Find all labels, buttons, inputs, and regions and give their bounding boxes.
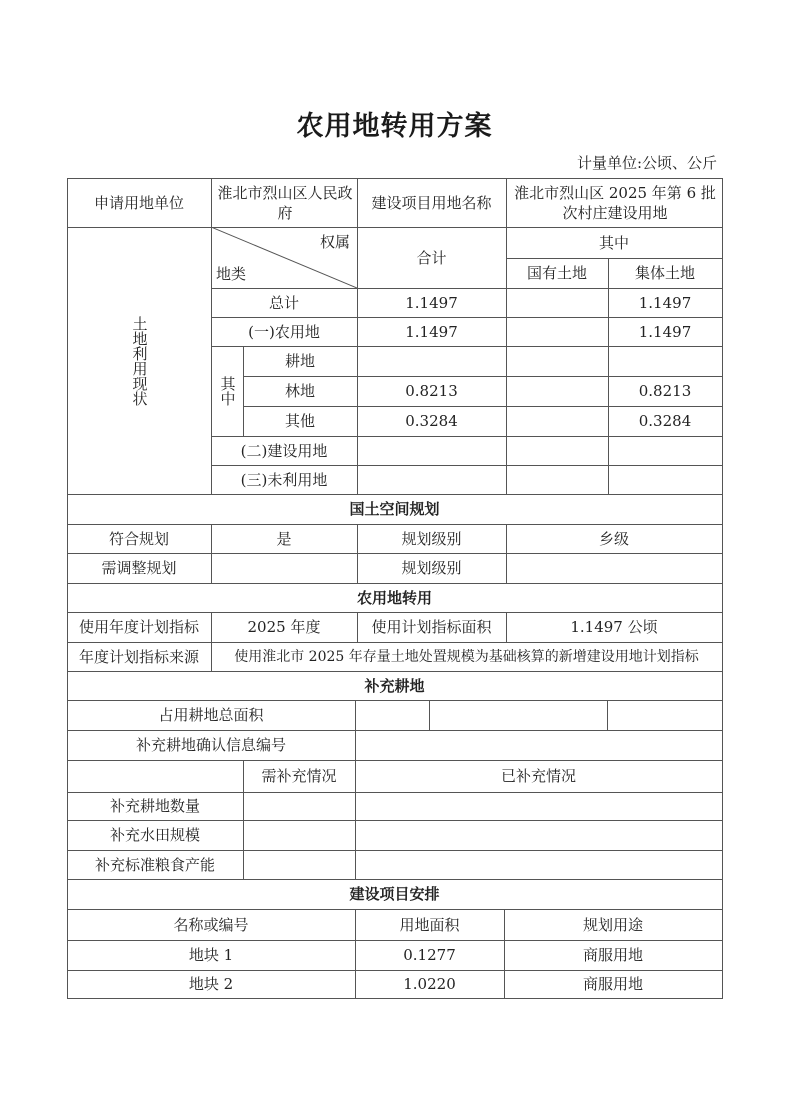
- plan-label: 使用年度计划指标: [67, 612, 211, 642]
- parcel-name: 地块 1: [67, 940, 355, 970]
- confirm-label: 补充耕地确认信息编号: [67, 730, 355, 760]
- row-label: (三)未利用地: [211, 465, 357, 494]
- plan-value: 2025 年度: [211, 612, 357, 642]
- source-value: 使用淮北市 2025 年存量土地处置规模为基础核算的新增建设用地计划指标: [211, 642, 722, 671]
- section-arrangement: 建设项目安排: [67, 879, 722, 909]
- diag-landtype-label: 地类: [216, 262, 276, 286]
- section-spatial-planning: 国土空间规划: [67, 494, 722, 524]
- parcel-use: 商服用地: [504, 940, 722, 970]
- row-total: [357, 346, 506, 376]
- row-state: [506, 436, 608, 465]
- col-of-which-header: 其中: [506, 227, 722, 258]
- document-title: 农用地转用方案: [0, 104, 789, 143]
- adjust-label: 需调整规划: [67, 553, 211, 583]
- source-label: 年度计划指标来源: [67, 642, 211, 671]
- col-use-header: 规划用途: [504, 909, 722, 940]
- level-label: 规划级别: [357, 524, 506, 553]
- row-total: 0.8213: [357, 376, 506, 406]
- row-total: [357, 465, 506, 494]
- conform-label: 符合规划: [67, 524, 211, 553]
- row-total: 1.1497: [357, 317, 506, 346]
- parcel-area: 0.1277: [355, 940, 504, 970]
- row-collective: 0.3284: [608, 406, 722, 436]
- row-label: 其他: [243, 406, 357, 436]
- need-header: 需补充情况: [243, 760, 355, 792]
- parcel-name: 地块 2: [67, 970, 355, 998]
- row-total: 0.3284: [357, 406, 506, 436]
- area-label: 使用计划指标面积: [357, 612, 506, 642]
- col-area-header: 用地面积: [355, 909, 504, 940]
- row-label: (二)建设用地: [211, 436, 357, 465]
- col-total-header: 合计: [357, 227, 506, 288]
- section-conversion: 农用地转用: [67, 583, 722, 612]
- row-state: [506, 406, 608, 436]
- col-name-header: 名称或编号: [67, 909, 355, 940]
- row-total: [357, 436, 506, 465]
- project-label: 建设项目用地名称: [357, 178, 506, 227]
- adjust-level-value: [506, 553, 722, 583]
- row-state: [506, 465, 608, 494]
- done-header: 已补充情况: [355, 760, 722, 792]
- row-label: 耕地: [243, 346, 357, 376]
- adjust-level-label: 规划级别: [357, 553, 506, 583]
- row-state: [506, 317, 608, 346]
- parcel-use: 商服用地: [504, 970, 722, 998]
- parcel-area: 1.0220: [355, 970, 504, 998]
- area-value: 1.1497 公顷: [506, 612, 722, 642]
- diag-ownership-label: 权属: [290, 230, 350, 254]
- row-label: 总计: [211, 288, 357, 317]
- applicant-value: 淮北市烈山区人民政府: [215, 178, 355, 227]
- supp-row-label: 补充标准粮食产能: [67, 850, 243, 879]
- project-value: 淮北市烈山区 2025 年第 6 批次村庄建设用地: [510, 178, 720, 227]
- row-total: 1.1497: [357, 288, 506, 317]
- col-collective-header: 集体土地: [608, 258, 722, 288]
- row-collective: [608, 346, 722, 376]
- supp-row-label: 补充耕地数量: [67, 792, 243, 820]
- row-collective: 1.1497: [608, 288, 722, 317]
- supp-row-label: 补充水田规模: [67, 820, 243, 850]
- row-collective: [608, 436, 722, 465]
- adjust-value: [211, 553, 357, 583]
- occupied-label: 占用耕地总面积: [67, 700, 355, 730]
- section-supplement: 补充耕地: [67, 671, 722, 700]
- level-value: 乡级: [506, 524, 722, 553]
- row-collective: 0.8213: [608, 376, 722, 406]
- col-state-header: 国有土地: [506, 258, 608, 288]
- row-state: [506, 346, 608, 376]
- row-collective: 1.1497: [608, 317, 722, 346]
- conform-value: 是: [211, 524, 357, 553]
- of-which-label: 其中: [211, 346, 243, 436]
- applicant-label: 申请用地单位: [67, 178, 211, 227]
- row-state: [506, 288, 608, 317]
- land-use-section-label: 土地利用现状: [67, 227, 211, 494]
- row-collective: [608, 465, 722, 494]
- row-label: 林地: [243, 376, 357, 406]
- row-state: [506, 376, 608, 406]
- measurement-unit: 计量单位:公顷、公斤: [577, 152, 717, 173]
- row-label: (一)农用地: [211, 317, 357, 346]
